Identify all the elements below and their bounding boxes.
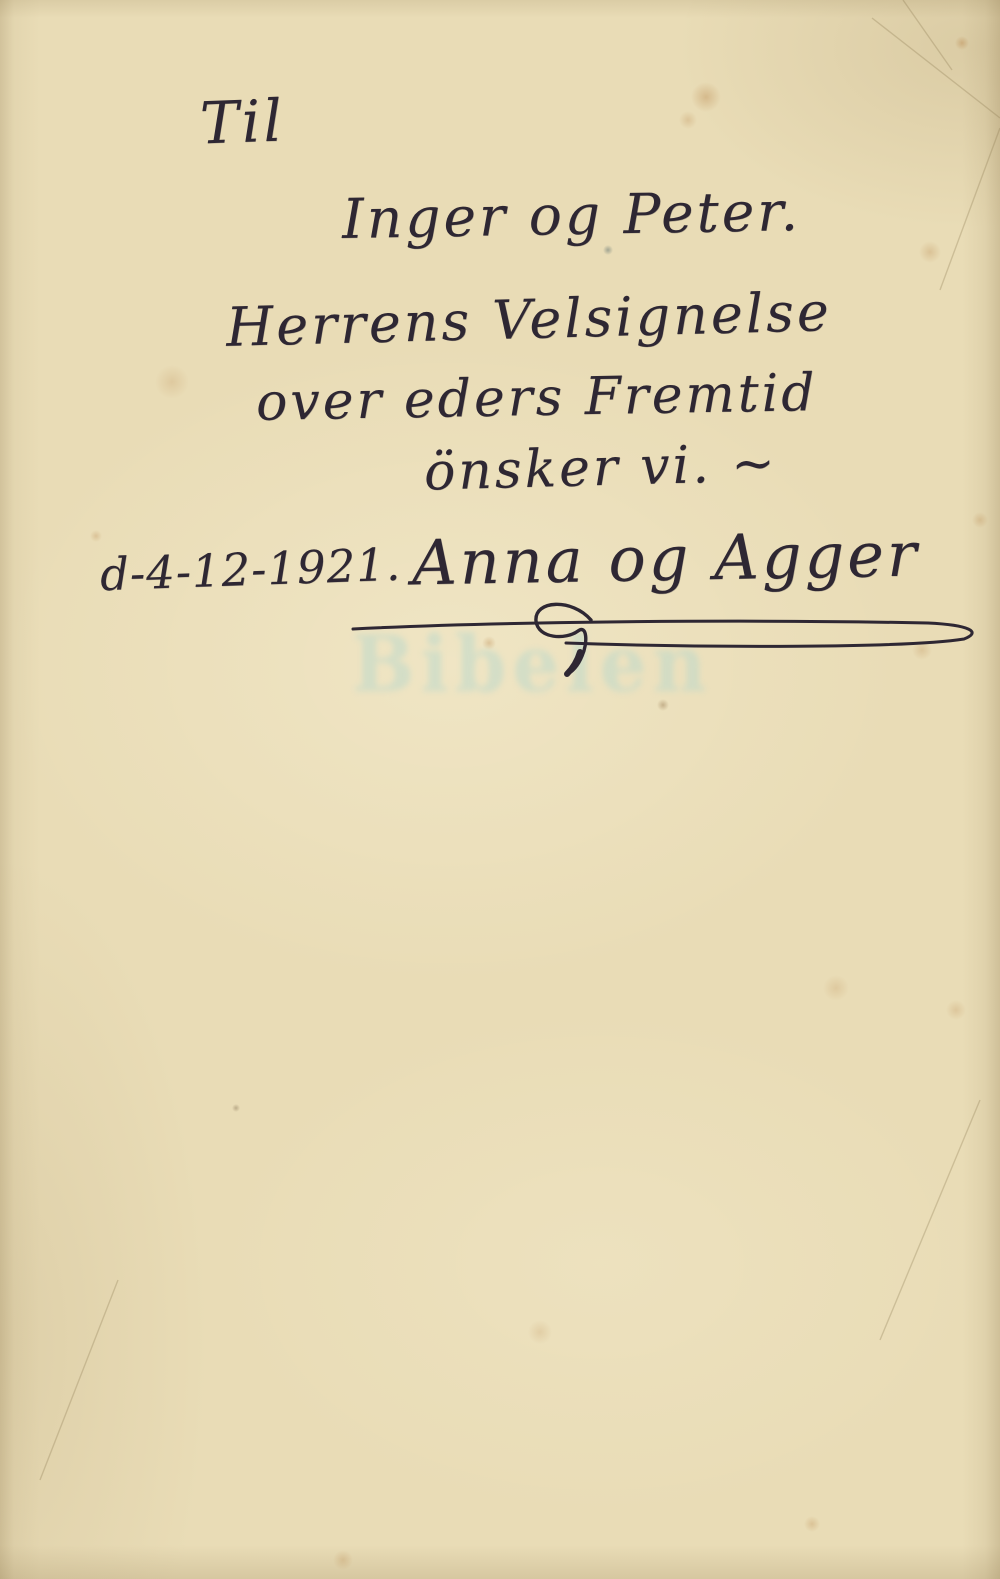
inscription-blessing-line-1: Herrens Velsignelse [225, 280, 832, 359]
inscription-recipients: Inger og Peter. [341, 179, 801, 251]
inscription-date: d-4-12-1921. [99, 538, 402, 601]
inscription-salutation: Til [199, 87, 286, 158]
inscription-signature: Anna og Agger [411, 518, 920, 600]
inscription-blessing-line-3: önsker vi. ~ [423, 433, 778, 502]
signature-flourish [348, 596, 983, 681]
show-through-title-text: Bibelen [352, 620, 712, 710]
scanned-flyleaf-page: Bibelen Til Inger og Peter. Herrens Vels… [0, 0, 1000, 1579]
inscription-blessing-line-2: over eders Fremtid [256, 363, 819, 433]
